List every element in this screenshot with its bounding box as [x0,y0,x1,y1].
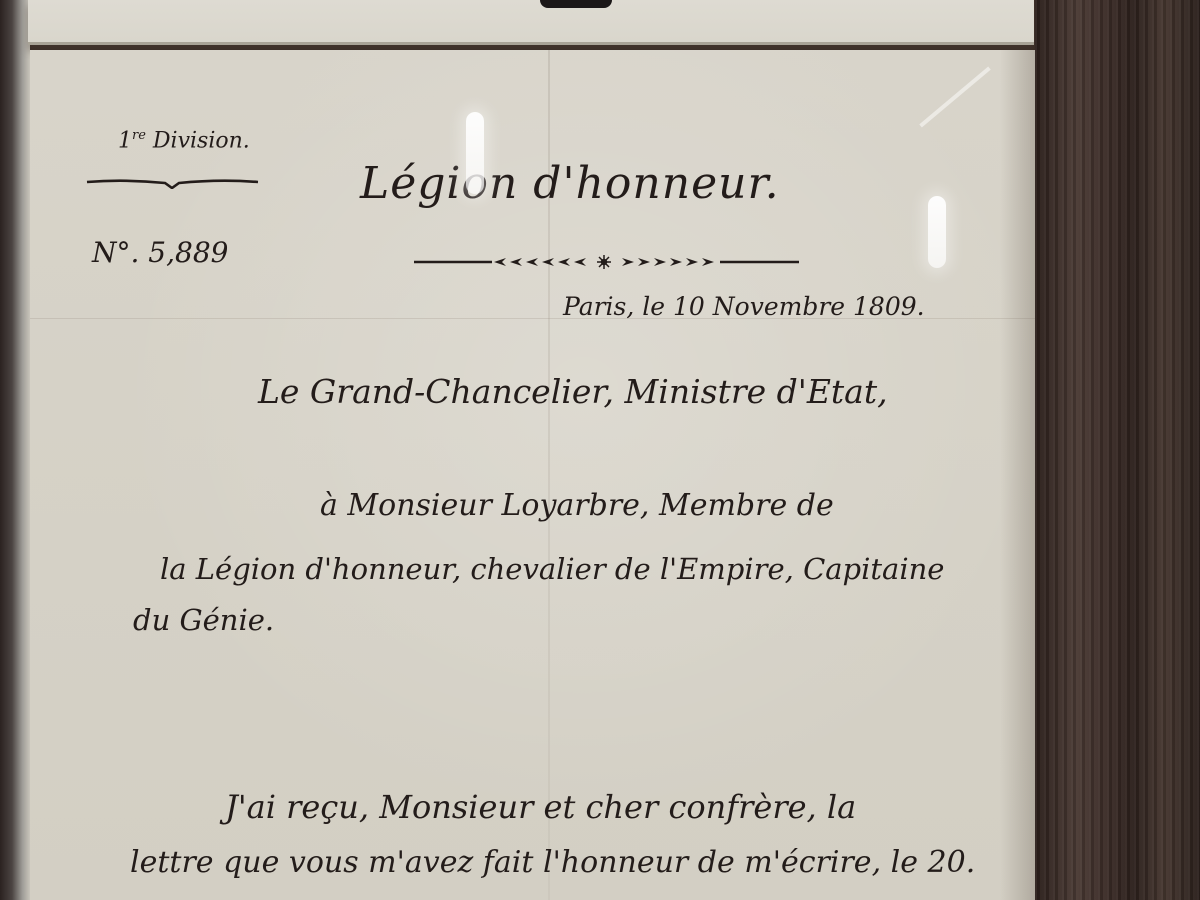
upper-mount-sheet [28,0,1034,45]
addressee-line: du Génie. [133,603,274,637]
seal-fragment [540,0,612,8]
frame-left-edge [0,0,30,900]
body-line: J'ai reçu, Monsieur et cher confrère, la [225,788,856,826]
addressee-line: la Légion d'honneur, chevalier de l'Empi… [160,552,944,586]
body-line: lettre que vous m'avez fait l'honneur de… [130,845,975,880]
division-number: 1 [118,128,132,153]
division-label: 1re Division. [118,128,250,153]
addressee-line: à Monsieur Loyarbre, Membre de [320,488,834,523]
division-superscript: re [132,128,146,143]
wooden-frame [1035,0,1200,900]
ornamental-rule [414,254,799,270]
sender-line: Le Grand-Chancelier, Ministre d'Etat, [258,372,888,411]
glass-glare [928,196,946,268]
brace-ornament [85,179,260,189]
flower-icon [597,255,611,269]
paper-shadow [1000,50,1036,900]
dateline: Paris, le 10 Novembre 1809. [563,292,925,321]
division-text: Division. [153,128,250,153]
glass-glare [466,112,484,194]
page-title: Légion d'honneur. [360,158,780,209]
registration-number: N°. 5,889 [92,236,228,269]
